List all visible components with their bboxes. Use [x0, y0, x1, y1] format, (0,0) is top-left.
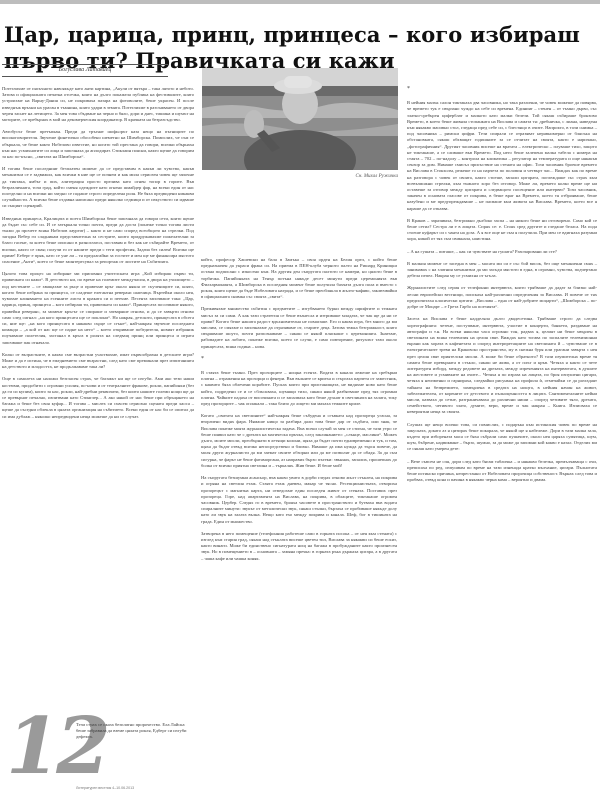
- section-separator: *: [407, 86, 597, 92]
- column-3: * В нейния малък салон тиктакаха два час…: [407, 84, 597, 489]
- paragraph: Когато „свитата на светлините“ най-накра…: [201, 413, 397, 469]
- paragraph: В Краков – заразяваха, безгрижно дълбоко…: [407, 218, 597, 243]
- paragraph: Потеглихме от пясъчното навсякъде като а…: [2, 86, 194, 123]
- article-photo: [202, 68, 398, 170]
- paragraph: Цялото това процес на избиране ми припом…: [2, 271, 194, 345]
- paragraph: Още в самолета ни наложи безгласен страх…: [2, 376, 194, 419]
- paragraph: който, професор Хашевски на бала в Замък…: [201, 257, 397, 300]
- byline-block: Богуслава Латавиец: [2, 64, 168, 77]
- paragraph: В стаята беше тъмно. През прозорците – н…: [201, 370, 397, 407]
- paragraph: – Вече съвсем не спя, дори след като бяг…: [407, 459, 597, 484]
- paragraph: Изведнъж принцеса, Кралицата и поета Шим…: [2, 216, 194, 266]
- paragraph: Затворена в него помещение (телефонния р…: [201, 531, 397, 562]
- column-1: Потеглихме от пясъчното навсякъде като а…: [2, 86, 194, 426]
- footer-source: Литературен вестник 4–10.06.2013: [76, 786, 134, 790]
- byline: Богуслава Латавиец: [2, 65, 168, 76]
- section-separator: *: [201, 356, 397, 362]
- paragraph: В нейния малък салон тиктакаха два часов…: [407, 100, 597, 212]
- paragraph: Колко от възрастните, в какво сме възрас…: [2, 352, 194, 371]
- paragraph: В малкия момент се заседна в мен – масат…: [407, 261, 597, 280]
- top-rule: [0, 0, 600, 4]
- paragraph: Засега на Вислава е беше надделяла дълго…: [407, 316, 597, 415]
- paragraph: Слушах ще нещо всичко това, си помислих,…: [407, 422, 597, 453]
- paragraph: Автобусът беше претъпкан. Преди да тръгн…: [2, 129, 194, 160]
- paragraph: – А на гушата – питаше, – как си чувства…: [407, 249, 597, 255]
- paragraph: На съпругата безшумни асансьор, във какв…: [201, 475, 397, 525]
- photo-caption: Сн. Михал Ружичка: [202, 174, 398, 179]
- photo-woman-waving-icon: [202, 68, 398, 170]
- closing-paragraph: Тези страх се оказа безплатно пророчеств…: [76, 722, 194, 741]
- paragraph: Журналистите след серия от телефонни инт…: [407, 285, 597, 310]
- column-2: който, професор Хашевски на бала в Замък…: [201, 257, 397, 568]
- page-number: 12: [6, 708, 107, 786]
- paragraph: Преживяхме множество събития с предметит…: [201, 306, 397, 349]
- paragraph: И тогава беше последният безплатен момен…: [2, 166, 194, 209]
- byline-rule-bottom: [2, 76, 168, 77]
